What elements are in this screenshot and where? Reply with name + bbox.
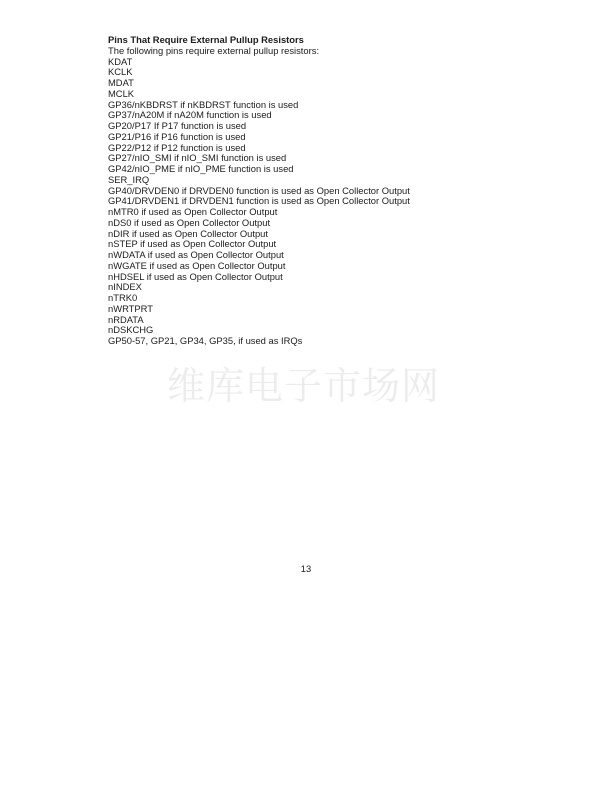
- pin-list-item: nHDSEL if used as Open Collector Output: [108, 272, 538, 283]
- watermark-text: 维库电子市场网: [167, 366, 440, 408]
- pin-list-item: MDAT: [108, 78, 538, 89]
- pin-list-item: MCLK: [108, 89, 538, 100]
- pin-list-item: nINDEX: [108, 282, 538, 293]
- pin-list-item: GP50-57, GP21, GP34, GP35, if used as IR…: [108, 336, 538, 347]
- document-page: 维库电子市场网 Pins That Require External Pullu…: [0, 0, 612, 792]
- pin-list-item: nWRTPRT: [108, 304, 538, 315]
- pin-list-item: nWGATE if used as Open Collector Output: [108, 261, 538, 272]
- page-number: 13: [0, 563, 612, 574]
- pin-list-item: KDAT: [108, 57, 538, 68]
- pin-list-item: nDS0 if used as Open Collector Output: [108, 218, 538, 229]
- pin-list-item: SER_IRQ: [108, 175, 538, 186]
- pin-list-item: nTRK0: [108, 293, 538, 304]
- pin-list-item: GP21/P16 if P16 function is used: [108, 132, 538, 143]
- pin-list-item: KCLK: [108, 67, 538, 78]
- intro-line: The following pins require external pull…: [108, 46, 538, 57]
- pin-list: KDATKCLKMDATMCLKGP36/nKBDRST if nKBDRST …: [108, 57, 538, 347]
- pin-list-item: nRDATA: [108, 315, 538, 326]
- content-block: Pins That Require External Pullup Resist…: [108, 35, 538, 347]
- pin-list-item: GP42/nIO_PME if nIO_PME function is used: [108, 164, 538, 175]
